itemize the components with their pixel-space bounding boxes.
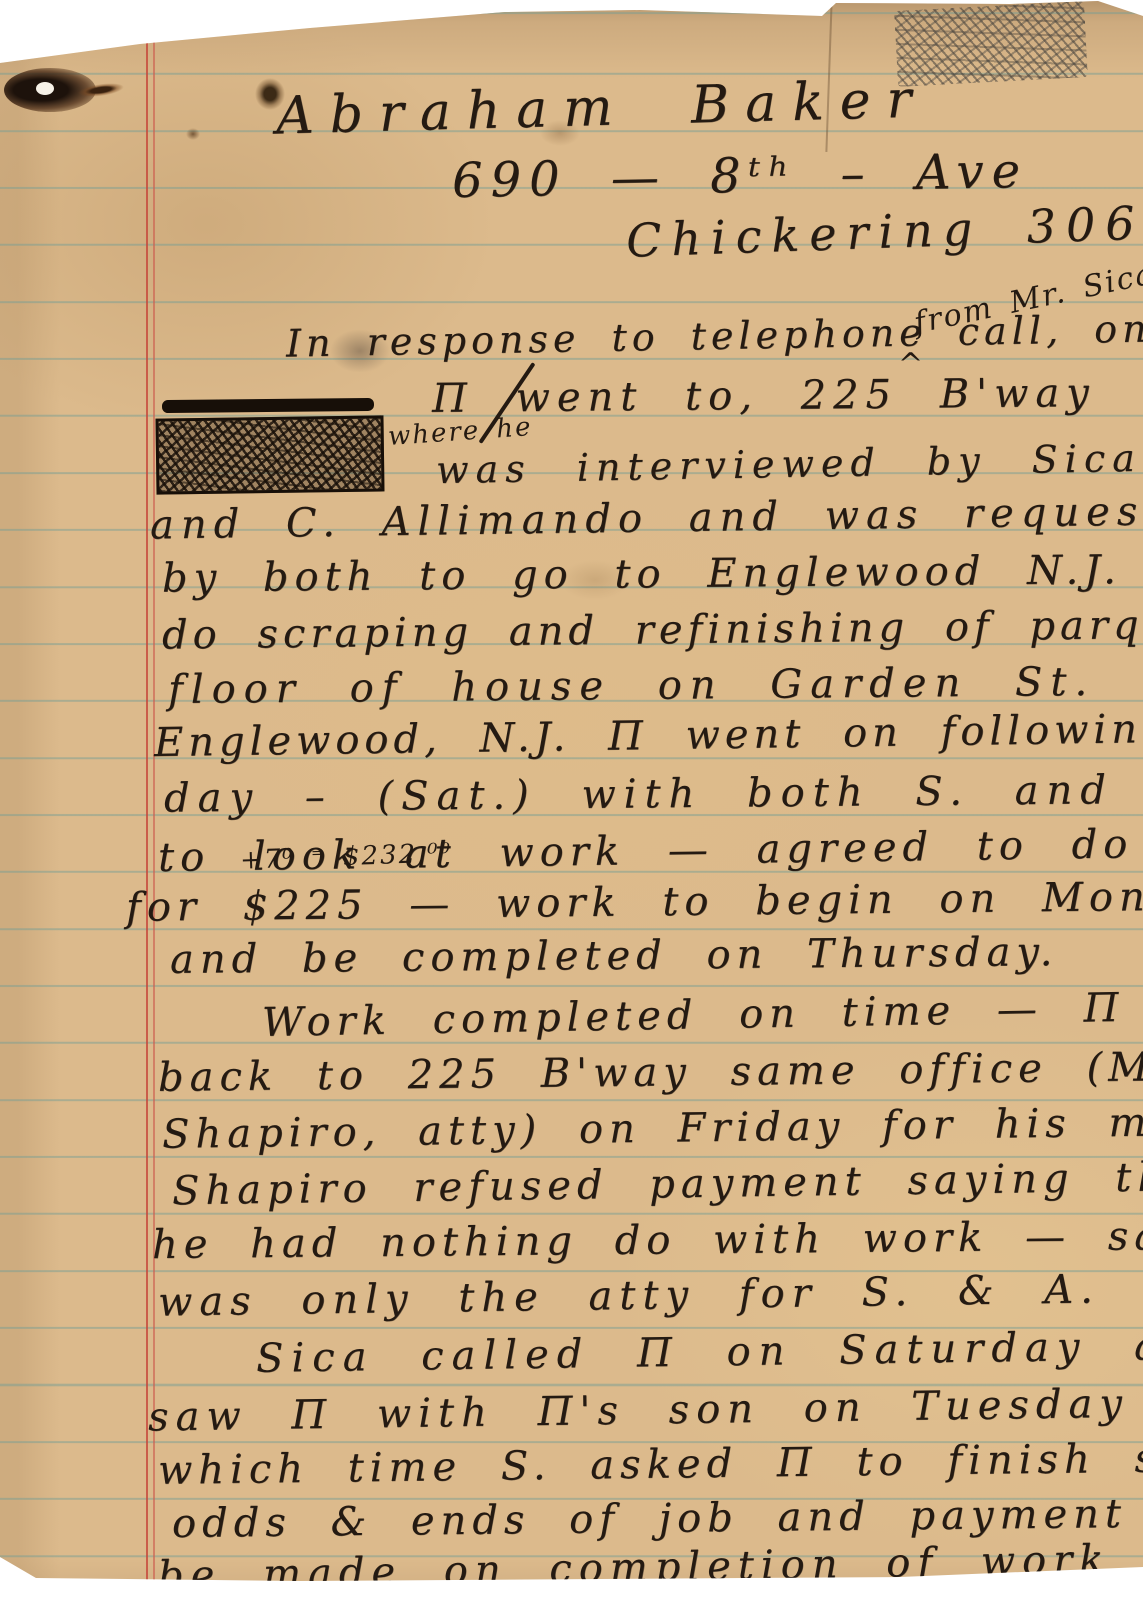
ink-spot	[186, 128, 200, 140]
handwriting-line: Π went to, 225 B'way	[432, 371, 1096, 421]
paper-sheet: Abraham Baker 690 — 8ᵗʰ – Ave Chickering…	[0, 0, 1143, 1600]
handwriting-line: and be completed on Thursday.	[170, 930, 1059, 982]
pin-hole	[36, 82, 54, 95]
handwriting-line: day – (Sat.) with both S. and A.	[164, 767, 1143, 820]
handwriting-line: he had nothing do with work — said he	[152, 1213, 1143, 1267]
margin-line	[153, 0, 155, 1600]
ink-redaction-bar	[162, 398, 374, 413]
handwriting-line: for $225 — work to begin on Monday	[126, 874, 1143, 930]
header-address: 690 — 8ᵗʰ – Ave	[452, 145, 1029, 208]
handwriting-line: floor of house on Garden St.	[168, 660, 1096, 712]
handwriting-line: by both to go to Englewood N.J. to	[162, 547, 1143, 600]
scanned-document: Abraham Baker 690 — 8ᵗʰ – Ave Chickering…	[0, 0, 1143, 1600]
margin-line	[146, 0, 148, 1600]
handwriting-line: back to 225 B'way same office (Morris	[158, 1044, 1143, 1100]
ink-redaction-box	[155, 415, 384, 494]
handwriting-line: do scraping and refinishing of parquet	[162, 602, 1143, 657]
